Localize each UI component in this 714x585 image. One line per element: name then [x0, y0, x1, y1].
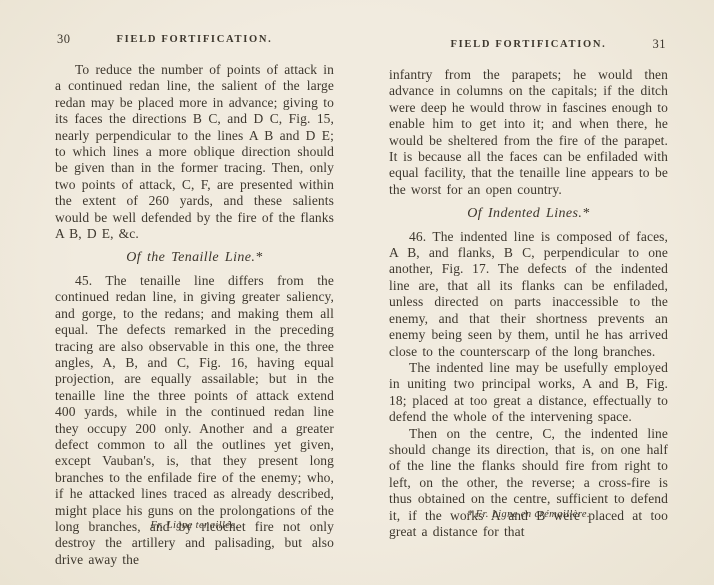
- footnote-left: Fr. Ligne tenaillée.: [55, 520, 334, 531]
- footnote-right: * Fr. Ligne en crémaillère.: [389, 509, 668, 520]
- page-body-right: infantry from the parapets; he would the…: [389, 67, 668, 540]
- paragraph-uniting-works: The indented line may be usefully employ…: [389, 360, 668, 426]
- page-number-left: 30: [57, 32, 71, 47]
- section-heading-tenaille-line: Of the Tenaille Line.*: [55, 250, 334, 266]
- section-heading-indented-lines: Of Indented Lines.*: [389, 206, 668, 222]
- running-title-right: FIELD FORTIFICATION.: [389, 39, 668, 50]
- page-header-left: 30 FIELD FORTIFICATION.: [55, 34, 334, 49]
- book-page-right: FIELD FORTIFICATION. 31 infantry from th…: [389, 0, 668, 585]
- page-body-left: To reduce the number of points of attack…: [55, 62, 334, 568]
- paragraph-attack-points: To reduce the number of points of attack…: [55, 62, 334, 242]
- book-page-left: 30 FIELD FORTIFICATION. To reduce the nu…: [55, 0, 334, 585]
- paragraph-centre-crossfire: Then on the centre, C, the indented line…: [389, 426, 668, 541]
- paragraph-infantry-continuation: infantry from the parapets; he would the…: [389, 67, 668, 198]
- page-header-right: FIELD FORTIFICATION. 31: [389, 39, 668, 54]
- page-number-right: 31: [653, 37, 667, 52]
- running-title-left: FIELD FORTIFICATION.: [55, 34, 334, 45]
- paragraph-46-indented-line: 46. The indented line is composed of fac…: [389, 229, 668, 360]
